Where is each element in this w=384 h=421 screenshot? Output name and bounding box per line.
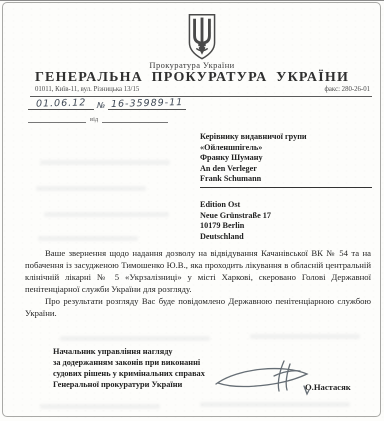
- number-sign: №: [97, 101, 105, 110]
- ukraine-trident-emblem-icon: [183, 13, 221, 61]
- recipient-underline: [200, 187, 372, 188]
- signer-name: О.Настасяк: [305, 382, 351, 392]
- recipient-line: Франку Шуману: [200, 153, 372, 164]
- recipient-address-line: Edition Ost: [200, 200, 372, 211]
- body-paragraph-2: Про результати розгляду Вас буде повідом…: [25, 296, 371, 320]
- signer-title-line: Начальник управління нагляду: [53, 346, 273, 357]
- body-paragraph-1: Ваше звернення щодо надання дозволу на в…: [25, 248, 371, 296]
- recipient-line: Frank Schumann: [200, 174, 372, 185]
- vid-label: від: [90, 116, 98, 123]
- recipient-address-line: Deutschland: [200, 232, 372, 243]
- vid-line: від: [28, 115, 208, 123]
- letter-body: Ваше звернення щодо надання дозволу на в…: [25, 248, 371, 319]
- agency-title: ГЕНЕРАЛЬНА ПРОКУРАТУРА УКРАЇНИ: [0, 70, 384, 86]
- handwritten-date: 01.06.12: [36, 97, 87, 109]
- recipient-line: «Ойленшпігель»: [200, 143, 372, 154]
- recipient-block: Керівнику видавничої групи «Ойленшпігель…: [200, 132, 372, 242]
- blank-underline: [28, 115, 86, 123]
- recipient-address-line: Neue Grünstraße 17: [200, 211, 372, 222]
- scan-top-edge: [0, 0, 384, 1]
- handwritten-signature-icon: [212, 358, 316, 398]
- letterhead-address: 01011, Київ-11, вул. Різницька 13/15: [35, 86, 139, 93]
- recipient-address: Edition Ost Neue Grünstraße 17 10179 Ber…: [200, 200, 372, 242]
- recipient-line: An den Verleger: [200, 164, 372, 175]
- recipient-line: Керівнику видавничої групи: [200, 132, 372, 143]
- blank-underline: [102, 115, 168, 123]
- reference-line: 01.06.12 № 16-35989-11: [28, 98, 208, 110]
- letterhead-fax: факс: 280-26-01: [325, 86, 370, 93]
- handwritten-number: 16-35989-11: [111, 97, 184, 110]
- scanned-letter-page: Прокуратура України ГЕНЕРАЛЬНА ПРОКУРАТУ…: [0, 0, 384, 421]
- agency-subtitle: Прокуратура України: [0, 60, 384, 70]
- reference-block: 01.06.12 № 16-35989-11 від: [28, 98, 208, 123]
- recipient-address-line: 10179 Berlin: [200, 221, 372, 232]
